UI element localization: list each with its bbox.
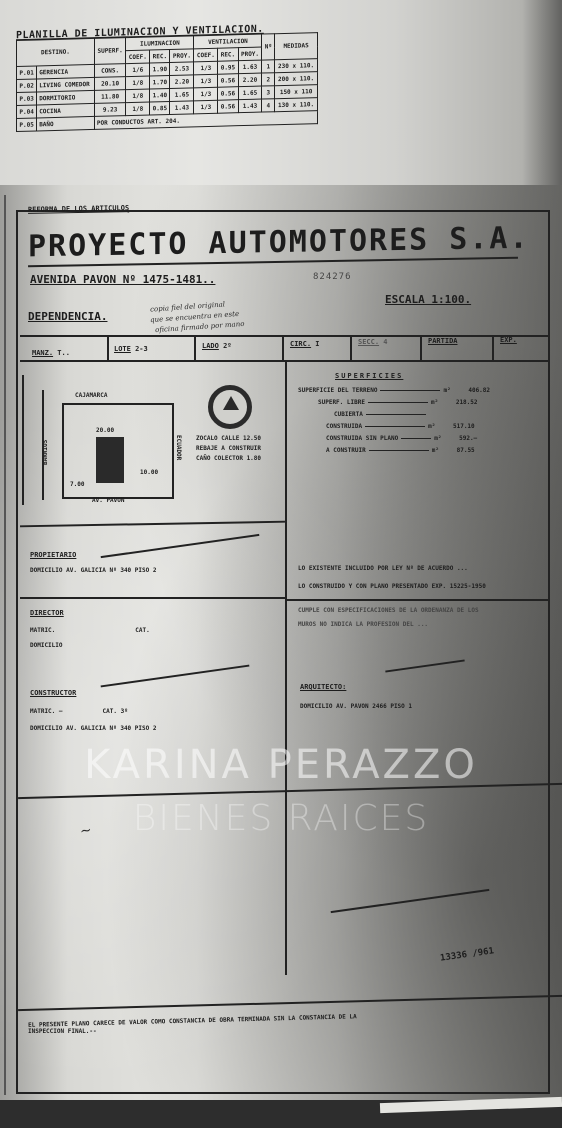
cell: 0.56 (218, 87, 238, 101)
superficie-unit: m² (431, 399, 438, 406)
header-destino: DESTINO. (17, 38, 95, 66)
cell: 1/3 (194, 61, 218, 75)
cell: 130 x 110. (275, 98, 318, 112)
cell: 1.63 (238, 60, 262, 74)
header-use: DEPENDENCIA. (28, 310, 107, 323)
divider (282, 335, 284, 362)
cell-superficie: CONS. (94, 64, 125, 78)
divider (492, 335, 494, 362)
superficie-label: SUPERF. LIBRE (318, 399, 365, 406)
manzana-field: MANZ. T.. (32, 349, 70, 357)
cell-code: P.01 (17, 66, 37, 80)
planilla-table: DESTINO. SUPERF. ILUMINACION VENTILACION… (16, 32, 318, 132)
cell: 1.43 (170, 101, 194, 115)
propietario-label: PROPIETARIO (30, 551, 76, 559)
watermark-brand: KARINA PERAZZO (0, 742, 562, 788)
secc-label: SECC. (358, 338, 379, 346)
superficie-value: 218.52 (456, 399, 478, 406)
watermark-tagline: BIENES RAICES (0, 798, 562, 839)
center-divider (285, 360, 287, 975)
cat-label: CAT. (103, 708, 117, 715)
superficie-row: A CONSTRUIRm² 87.55 (298, 447, 548, 459)
header-ilum-coef: COEF. (126, 50, 150, 64)
cell: 1.40 (150, 88, 170, 102)
cell: 0.56 (218, 74, 238, 88)
matricula-label: MATRIC. (30, 627, 55, 634)
superficie-row: SUPERFICIE DEL TERRENOm² 406.82 (298, 387, 548, 399)
cell: 1/6 (126, 63, 150, 77)
constructor-label: CONSTRUCTOR (30, 689, 76, 697)
divider (350, 335, 352, 362)
cell: 0.95 (218, 61, 238, 75)
stamp-number: 824276 (313, 272, 352, 282)
header-ilum-prov: PROY. (170, 49, 194, 63)
superficie-label: A CONSTRUIR (326, 447, 366, 454)
header-vent-prov: PROY. (238, 47, 262, 61)
cell: 4 (262, 99, 275, 112)
dim-right-label: 10.00 (140, 469, 158, 476)
superficie-unit: m² (428, 423, 435, 430)
street-right: ECUADOR (175, 435, 182, 460)
cell: 2.20 (170, 75, 194, 89)
superficie-row: CONSTRUIDAm² 517.10 (298, 423, 548, 435)
partida-label: PARTIDA (428, 337, 458, 345)
constructor-matricula: MATRIC. —CAT. 3º (30, 708, 128, 715)
cell: 2.20 (238, 73, 262, 87)
legend-item: ZOCALO CALLE 12.50 (196, 435, 261, 442)
director-label: DIRECTOR (30, 609, 64, 617)
street-top: CAJAMARCA (75, 392, 108, 399)
lot-building (96, 437, 124, 483)
manzana-value: T.. (57, 349, 70, 357)
header-vent-coef: COEF. (194, 48, 218, 62)
divider (194, 335, 196, 362)
lado-value: 2º (223, 342, 231, 350)
shadow (522, 0, 562, 200)
superficies-title: SUPERFICIES (335, 372, 403, 380)
matricula-value: — (59, 708, 63, 715)
matricula-label: MATRIC. (30, 708, 55, 715)
section-divider (20, 597, 285, 599)
superficie-value: 87.55 (457, 447, 475, 454)
superficie-row: SUPERF. LIBREm² 218.52 (298, 399, 548, 411)
lote-label: LOTE (114, 345, 131, 353)
constructor-domicilio: DOMICILIO AV. GALICIA Nº 340 PISO 2 (30, 725, 156, 732)
cell: 1/8 (126, 89, 150, 103)
cell: 200 x 110. (275, 72, 318, 86)
cell-superficie: 20.10 (94, 77, 125, 91)
nota-ordenanza: CUMPLE CON ESPECIFICACIONES DE LA ORDENA… (298, 607, 553, 614)
cell: 0.56 (218, 100, 238, 114)
director-domicilio: DOMICILIO (30, 642, 63, 649)
header-ilum-rec: REC. (150, 49, 170, 63)
cell: 2.53 (170, 62, 194, 76)
header-medidas: MEDIDAS (275, 33, 318, 60)
street-line (22, 375, 24, 505)
manzana-label: MANZ. (32, 349, 53, 357)
header-vent-rec: REC. (218, 48, 238, 62)
cell: 1/3 (194, 100, 218, 114)
circ-label: CIRC. (290, 340, 311, 348)
cell: 1/3 (194, 74, 218, 88)
cell-code: P.04 (17, 105, 37, 119)
cat-value: 3º (121, 708, 128, 715)
circ-field: CIRC. I (290, 340, 320, 348)
superficies-list: SUPERFICIE DEL TERRENOm² 406.82 SUPERF. … (298, 387, 548, 459)
cell: 230 x 110. (275, 59, 318, 73)
header-superficie: SUPERF. (94, 38, 125, 65)
dim-left-label: 7.00 (70, 481, 84, 488)
director-matricula: MATRIC.CAT. (30, 627, 150, 634)
cell-superficie: 11.80 (94, 90, 125, 104)
cell: 1.43 (238, 99, 262, 113)
lot-width-label: 20.00 (96, 427, 114, 434)
section-divider (285, 599, 550, 601)
lado-label: LADO (202, 342, 219, 350)
bottom-background (0, 1100, 562, 1128)
cell: 1/8 (126, 76, 150, 90)
cat-label: CAT. (135, 627, 149, 634)
street-bottom: AV. PAVON (92, 497, 125, 504)
cell: 150 x 110 (275, 85, 318, 99)
superficie-value: 592.— (459, 435, 477, 442)
header-numero: Nº (262, 34, 275, 60)
planilla-sheet: PLANILLA DE ILUMINACION Y VENTILACION. D… (0, 0, 562, 200)
lote-value: 2-3 (135, 345, 148, 353)
exp-label: EXP. (500, 336, 517, 344)
municipal-seal-icon (208, 385, 252, 429)
cell-destino: BAÑO (37, 116, 95, 131)
superficie-label: CONSTRUIDA SIN PLANO (326, 435, 398, 442)
domicilio-value: AV. PAVON 2466 PISO 1 (336, 703, 412, 710)
domicilio-label: DOMICILIO (300, 703, 333, 710)
lote-field: LOTE 2-3 (114, 345, 148, 353)
superficie-value: 517.10 (453, 423, 475, 430)
superficie-row: CUBIERTA (298, 411, 548, 423)
paper-edge (380, 1097, 562, 1113)
secc-value: 4 (383, 338, 387, 346)
cell: 1.65 (170, 88, 194, 102)
domicilio-value: AV. GALICIA Nº 340 PISO 2 (66, 725, 156, 732)
superficie-unit: m² (443, 387, 450, 394)
footer-note-line2: INSPECCION FINAL.-- (28, 1028, 97, 1035)
lado-field: LADO 2º (202, 342, 232, 350)
divider (420, 335, 422, 362)
cell: 2 (262, 73, 275, 86)
cell: 1 (262, 60, 275, 73)
header-address: AVENIDA PAVON Nº 1475-1481.. (30, 273, 215, 286)
superficie-unit: m² (432, 447, 439, 454)
cell: 1.65 (238, 86, 262, 100)
secc-field: SECC. 4 (358, 338, 388, 346)
legend-item: REBAJE A CONSTRUIR (196, 445, 261, 452)
seal-arrow-icon (223, 396, 239, 410)
superficie-label: SUPERFICIE DEL TERRENO (298, 387, 377, 394)
superficie-unit: m² (434, 435, 441, 442)
street-line (42, 390, 44, 500)
cell-code: P.05 (17, 118, 37, 132)
superficie-row: CONSTRUIDA SIN PLANOm² 592.— (298, 435, 548, 447)
nota-muros: MUROS NO INDICA LA PROFESION DEL ... (298, 621, 553, 628)
cell: 3 (262, 86, 275, 99)
arquitecto-label: ARQUITECTO: (300, 683, 346, 691)
nota-existente: LO EXISTENTE INCLUIDO POR LEY Nº DE ACUE… (298, 565, 548, 572)
arquitecto-domicilio: DOMICILIO AV. PAVON 2466 PISO 1 (300, 703, 412, 710)
cell: 0.85 (150, 101, 170, 115)
superficie-value: 406.82 (468, 387, 490, 394)
left-margin-line (4, 195, 6, 1095)
plan-sheet: REFORMA DE LOS ARTICULOS PROYECTO AUTOMO… (0, 185, 562, 1105)
header-scale: ESCALA 1:100. (385, 293, 471, 306)
nota-construido: LO CONSTRUIDO Y CON PLANO PRESENTADO EXP… (298, 583, 548, 590)
propietario-domicilio: DOMICILIO AV. GALICIA Nº 340 PISO 2 (30, 567, 156, 574)
cell: 1/3 (194, 87, 218, 101)
cell-code: P.03 (17, 92, 37, 106)
cell-code: P.02 (17, 79, 37, 93)
legend-item: CAÑO COLECTOR 1.80 (196, 455, 261, 462)
superficie-label: CUBIERTA (334, 411, 363, 418)
superficie-label: CONSTRUIDA (326, 423, 362, 430)
domicilio-label: DOMICILIO (30, 725, 63, 732)
cell: 1.70 (150, 75, 170, 89)
divider (107, 335, 109, 362)
circ-value: I (315, 340, 319, 348)
cadastral-top-line (20, 335, 550, 337)
domicilio-label: DOMICILIO (30, 567, 63, 574)
cell: 1.90 (150, 62, 170, 76)
domicilio-value: AV. GALICIA Nº 340 PISO 2 (66, 567, 156, 574)
cell: 1/8 (126, 102, 150, 116)
cell-superficie: 9.23 (94, 103, 125, 117)
